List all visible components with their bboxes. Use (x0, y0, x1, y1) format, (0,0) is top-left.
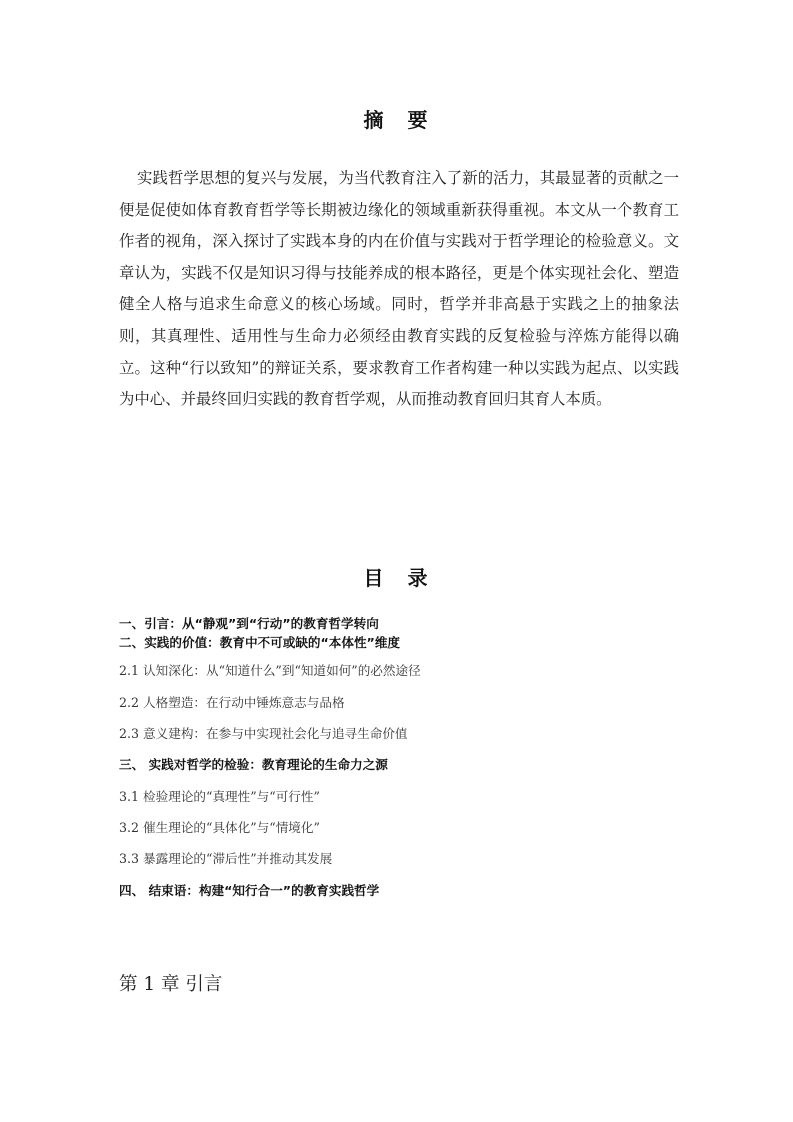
toc-entry-1[interactable]: 一、引言：从“静观”到“行动”的教育哲学转向 (119, 613, 379, 632)
toc-title-char: 目 (364, 566, 386, 590)
toc-entry-3-2[interactable]: 3.2 催生理论的“具体化”与“情境化” (119, 817, 320, 836)
toc-title: 目录 (0, 562, 793, 591)
abstract-title-char: 摘 (364, 108, 386, 132)
toc-entry-3[interactable]: 三、 实践对哲学的检验：教育理论的生命力之源 (119, 754, 388, 773)
abstract-title: 摘要 (0, 104, 793, 133)
toc-title-char: 录 (408, 566, 430, 590)
abstract-body: 实践哲学思想的复兴与发展，为当代教育注入了新的活力，其最显著的贡献之一便是促使如… (119, 163, 679, 416)
toc-entry-2[interactable]: 二、实践的价值：教育中不可或缺的“本体性”维度 (119, 632, 400, 651)
toc-entry-3-3[interactable]: 3.3 暴露理论的“滞后性”并推动其发展 (119, 848, 332, 867)
abstract-title-char: 要 (408, 108, 430, 132)
toc-entry-2-1[interactable]: 2.1 认知深化：从“知道什么”到“知道如何”的必然途径 (119, 660, 421, 679)
toc-entry-4[interactable]: 四、 结束语：构建“知行合一”的教育实践哲学 (119, 880, 379, 899)
toc-entry-3-1[interactable]: 3.1 检验理论的“真理性”与“可行性” (119, 786, 320, 805)
toc-entry-2-3[interactable]: 2.3 意义建构：在参与中实现社会化与追寻生命价值 (119, 723, 408, 742)
chapter-heading: 第 1 章 引言 (119, 970, 222, 996)
toc-entry-2-2[interactable]: 2.2 人格塑造：在行动中锤炼意志与品格 (119, 692, 345, 711)
